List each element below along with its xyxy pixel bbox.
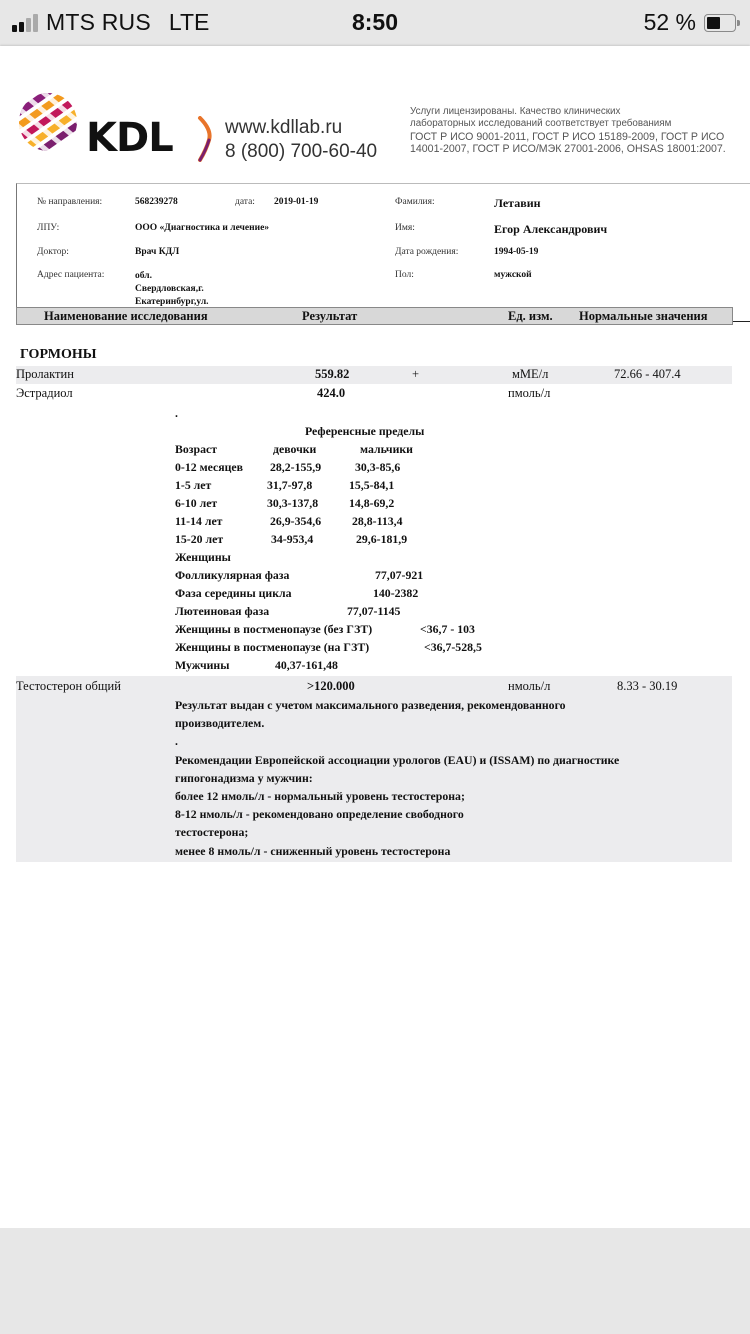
- col-normal-range: Нормальные значения: [579, 309, 708, 324]
- text-line: 77,07-921: [375, 566, 423, 584]
- website-link[interactable]: www.kdllab.ru: [225, 116, 377, 140]
- name-label: Имя:: [395, 223, 415, 233]
- text-line: 6-10 лет: [175, 494, 217, 512]
- test-result: >120.000: [307, 679, 355, 694]
- sex-label: Пол:: [395, 270, 414, 280]
- test-unit: пмоль/л: [508, 386, 550, 401]
- text-line: 28,8-113,4: [352, 512, 402, 530]
- text-line: Рекомендации Европейской ассоциации урол…: [175, 751, 725, 769]
- text-line: Женщины в постменопаузе (без ГЗТ): [175, 620, 372, 638]
- referral-date: 2019-01-19: [274, 197, 318, 207]
- test-unit: нмоль/л: [508, 679, 550, 694]
- bottom-toolbar-area: [0, 1228, 750, 1334]
- test-name: Эстрадиол: [16, 386, 73, 401]
- results-table-header: Наименование исследования Результат Ед. …: [16, 307, 733, 325]
- date-label: дата:: [235, 197, 255, 207]
- document-page[interactable]: KDL www.kdllab.ru 8 (800) 700-60-40 Услу…: [0, 46, 750, 1228]
- text-line: Лютеиновая фаза: [175, 602, 269, 620]
- test-result: 559.82: [315, 367, 349, 382]
- text-line: 29,6-181,9: [356, 530, 407, 548]
- address-label: Адрес пациента:: [37, 270, 104, 280]
- section-title: ГОРМОНЫ: [20, 347, 96, 363]
- text-line: менее 8 нмоль/л - сниженный уровень тест…: [175, 842, 725, 860]
- battery-icon: [704, 14, 736, 32]
- text-line: 11-14 лет: [175, 512, 222, 530]
- doctor-label: Доктор:: [37, 247, 69, 257]
- license-text: Услуги лицензированы. Качество клиническ…: [410, 106, 726, 155]
- text-line: <36,7-528,5: [424, 638, 482, 656]
- text-line: ГОСТ Р ИСО 9001-2011, ГОСТ Р ИСО 15189-2…: [410, 131, 726, 143]
- text-line: 1-5 лет: [175, 476, 211, 494]
- text-line: мальчики: [360, 440, 413, 458]
- phone-number[interactable]: 8 (800) 700-60-40: [225, 140, 377, 164]
- text-line: производителем.: [175, 714, 725, 732]
- name-value: Егор Александрович: [494, 222, 607, 237]
- text-line: 15-20 лет: [175, 530, 223, 548]
- table-row: Эстрадиол 424.0 пмоль/л: [16, 385, 732, 403]
- lpu-label: ЛПУ:: [37, 223, 59, 233]
- text-line: Услуги лицензированы. Качество клиническ…: [410, 106, 726, 118]
- text-line: 31,7-97,8: [267, 476, 312, 494]
- text-line: гипогонадизма у мужчин:: [175, 769, 725, 787]
- referral-number: 568239278: [135, 197, 178, 207]
- testosterone-notes: Результат выдан с учетом максимального р…: [175, 696, 725, 860]
- text-line: 14,8-69,2: [349, 494, 394, 512]
- brand-name: KDL: [86, 118, 173, 158]
- surname-value: Летавин: [494, 196, 541, 211]
- text-line: лабораторных исследований соответствует …: [410, 118, 726, 130]
- text-line: более 12 нмоль/л - нормальный уровень те…: [175, 787, 725, 805]
- patient-info: № направления: 568239278 дата: 2019-01-1…: [16, 183, 750, 323]
- text-line: .: [175, 732, 725, 750]
- text-line: обл.: [135, 270, 209, 283]
- table-row: Тестостерон общий >120.000 нмоль/л 8.33 …: [16, 678, 732, 696]
- clock: 8:50: [0, 9, 750, 36]
- text-line: Возраст: [175, 440, 217, 458]
- test-unit: мМЕ/л: [512, 367, 548, 382]
- chevron-icon: [196, 116, 216, 162]
- text-line: Женщины: [175, 548, 231, 566]
- dob-value: 1994-05-19: [494, 247, 538, 257]
- reference-title: Референсные пределы: [305, 422, 424, 440]
- text-line: 15,5-84,1: [349, 476, 394, 494]
- text-line: Фаза середины цикла: [175, 584, 292, 602]
- surname-label: Фамилия:: [395, 197, 435, 207]
- lpu-value: ООО «Диагностика и лечение»: [135, 223, 269, 233]
- test-name: Пролактин: [16, 367, 74, 382]
- test-result: 424.0: [317, 386, 345, 401]
- test-range: 72.66 - 407.4: [614, 367, 681, 382]
- abnormal-flag: +: [412, 367, 419, 382]
- sex-value: мужской: [494, 270, 532, 280]
- kdl-globe-logo-icon: [18, 92, 78, 152]
- text-line: Женщины в постменопаузе (на ГЗТ): [175, 638, 369, 656]
- doctor-value: Врач КДЛ: [135, 247, 179, 257]
- col-unit: Ед. изм.: [508, 309, 553, 324]
- address-value: обл. Свердловская,г. Екатеринбург,ул.: [135, 270, 209, 306]
- text-line: 140-2382: [373, 584, 418, 602]
- col-result: Результат: [302, 309, 357, 324]
- test-name: Тестостерон общий: [16, 679, 121, 694]
- text-line: 14001-2007, ГОСТ Р ИСО/МЭК 27001-2006, O…: [410, 143, 726, 155]
- text-line: .: [175, 404, 178, 422]
- test-range: 8.33 - 30.19: [617, 679, 677, 694]
- divider: [733, 321, 750, 322]
- text-line: 28,2-155,9: [270, 458, 321, 476]
- text-line: 77,07-1145: [347, 602, 400, 620]
- text-line: 26,9-354,6: [270, 512, 321, 530]
- text-line: Свердловская,г.: [135, 283, 209, 296]
- text-line: 8-12 нмоль/л - рекомендовано определение…: [175, 805, 725, 823]
- text-line: 30,3-85,6: [355, 458, 400, 476]
- text-line: девочки: [273, 440, 316, 458]
- battery-percent: 52 %: [644, 9, 696, 36]
- table-row: Пролактин 559.82 + мМЕ/л 72.66 - 407.4: [16, 366, 732, 384]
- text-line: <36,7 - 103: [420, 620, 475, 638]
- col-test-name: Наименование исследования: [44, 309, 208, 324]
- text-line: 30,3-137,8: [267, 494, 318, 512]
- referral-label: № направления:: [37, 197, 102, 207]
- text-line: тестостерона;: [175, 823, 725, 841]
- text-line: Результат выдан с учетом максимального р…: [175, 696, 725, 714]
- text-line: 40,37-161,48: [275, 656, 338, 674]
- status-bar: MTS RUS LTE 8:50 52 %: [0, 0, 750, 44]
- text-line: Мужчины: [175, 656, 229, 674]
- dob-label: Дата рождения:: [395, 247, 458, 257]
- text-line: 0-12 месяцев: [175, 458, 243, 476]
- text-line: Екатеринбург,ул.: [135, 296, 209, 306]
- text-line: Фолликулярная фаза: [175, 566, 289, 584]
- text-line: 34-953,4: [271, 530, 313, 548]
